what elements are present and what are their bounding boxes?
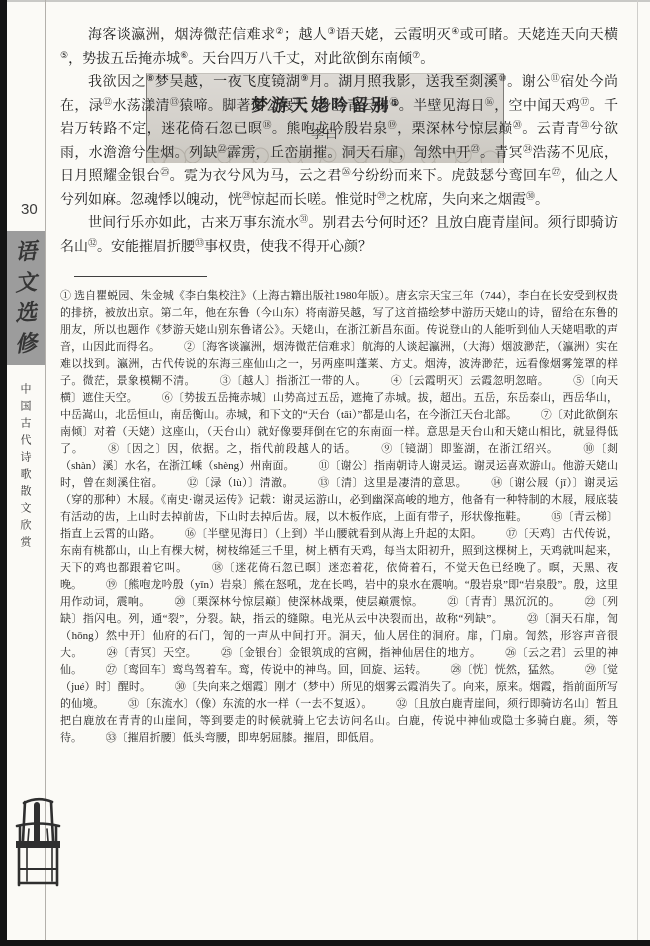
tab-character: 语 [14, 241, 37, 264]
footnote-item: ⑳〔栗深林兮惊层巅〕使深林战栗，使层巅震惊。 [174, 596, 423, 608]
footnote-item: ㉑〔青青〕黑沉沉的。 [447, 596, 560, 608]
page-right-margin-line [637, 0, 638, 940]
footnotes-block: ① 选自瞿蜕园、朱金城《李白集校注》（上海古籍出版社1980年版）。唐玄宗天宝三… [60, 288, 618, 747]
poem-body: 海客谈瀛洲，烟涛微茫信难求②；越人③语天姥，云霞明灭④或可睹。天姥连天向天横⑤，… [60, 24, 618, 259]
footnote-item: ㉘〔恍〕恍然，猛然。 [451, 664, 562, 676]
footnote-item: ⑥〔势拔五岳掩赤城〕山势高过五岳，遮掩了赤城。拔，超出。五岳，东岳泰山，西岳华山… [60, 392, 618, 421]
footnote-divider [74, 276, 207, 277]
main-text-column: 海客谈瀛洲，烟涛微茫信难求②；越人③语天姥，云霞明灭④或可睹。天姥连天向天横⑤，… [60, 0, 618, 747]
footnote-item: ㉛〔东流水〕（像）东流的水一样（一去不复返）。 [128, 698, 372, 710]
chair-icon [12, 792, 64, 894]
footnote-item: ㉗〔鸾回车〕鸾鸟驾着车。鸾，传说中的神鸟。回，回旋、运转。 [106, 664, 427, 676]
footnote-item: ⑨〔镜湖〕即鉴湖，在浙江绍兴。 [381, 443, 559, 455]
footnote-item: ③〔越人〕指浙江一带的人。 [220, 375, 367, 387]
textbook-page: 30 语文选修 中国古代诗歌散文欣赏 梦游天姥吟留别① 李白 海 [0, 0, 650, 946]
footnote-item: ㉕〔金银台〕金银筑成的宫阙，指神仙居住的地方。 [221, 647, 481, 659]
footnote-item: ㉝〔摧眉折腰〕低头弯腰，即卑躬屈膝。摧眉，即低眉。 [106, 732, 381, 744]
tab-character: 修 [14, 332, 37, 355]
footnote-item: ④〔云霞明灭〕云霞忽明忽暗。 [391, 375, 549, 387]
footnote-item: ㉔〔青冥〕天空。 [107, 647, 198, 659]
footnote-item: ⑯〔半壁见海日〕（上到）半山腰就看到从海上升起的太阳。 [185, 528, 482, 540]
poem-paragraph: 我欲因之⑧梦吴越，一夜飞度镜湖⑨月。湖月照我影，送我至剡溪⑩。谢公⑪宿处今尚在，… [60, 71, 618, 212]
tab-character: 文 [14, 271, 37, 294]
footnote-item: ⑫〔渌（lù）〕清澈。 [187, 477, 294, 489]
sidebar-tab: 语文选修 [7, 231, 45, 365]
footnote-item: ⑬〔清〕这里是凄清的意思。 [318, 477, 467, 489]
tab-character: 选 [14, 302, 37, 325]
footnote-item: ⑧〔因之〕因，依据。之，指代前段越人的话。 [108, 443, 357, 455]
poem-paragraph: 海客谈瀛洲，烟涛微茫信难求②；越人③语天姥，云霞明灭④或可睹。天姥连天向天横⑤，… [60, 24, 618, 71]
poem-paragraph: 世间行乐亦如此，古来万事东流水㉛。别君去兮何时还？且放白鹿青崖间。须行即骑访名山… [60, 212, 618, 259]
photo-left-edge [0, 0, 7, 946]
photo-bottom-edge [0, 940, 650, 946]
page-number: 30 [21, 201, 38, 218]
series-title: 中国古代诗歌散文欣赏 [17, 383, 33, 583]
